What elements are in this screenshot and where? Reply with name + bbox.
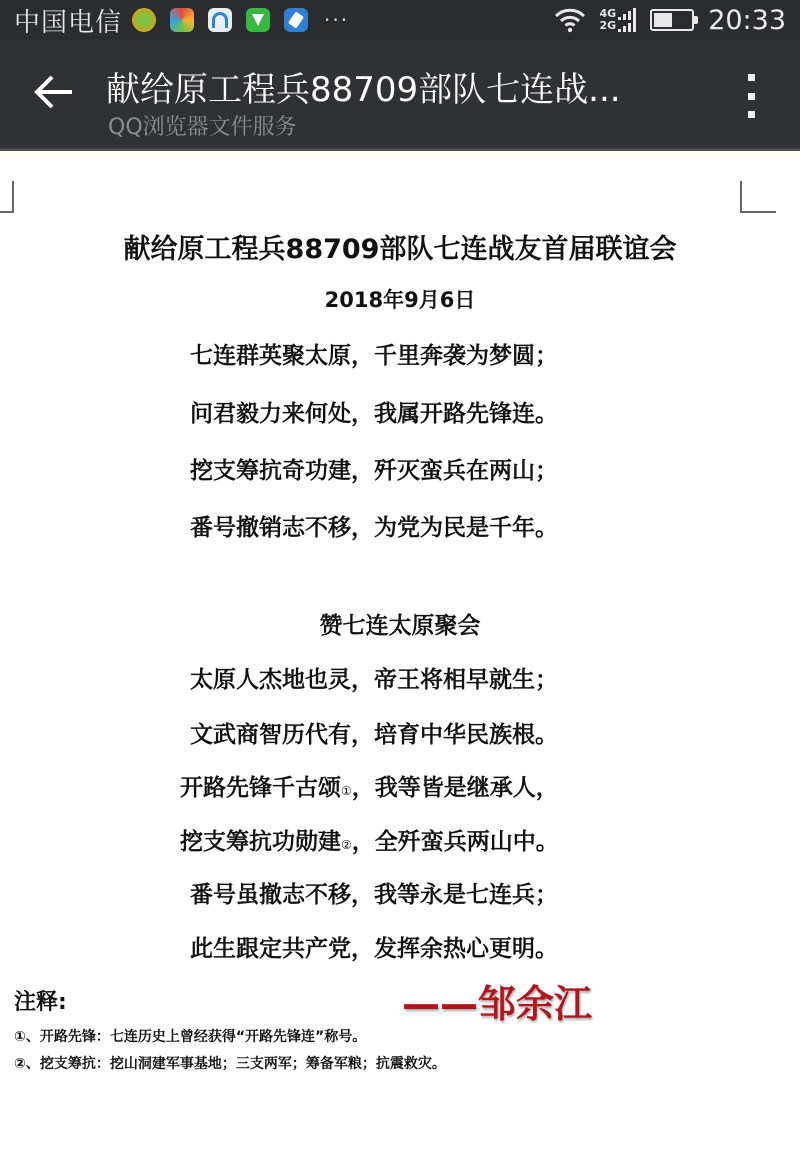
security-app-icon <box>132 8 156 32</box>
poem-line: 开路先锋千古颂①，我等皆是继承人， <box>180 769 559 802</box>
page-top-edge <box>0 151 800 157</box>
poem-line: 挖支筹抗功勋建②，全歼蛮兵两山中。 <box>180 823 559 856</box>
poem-line: 挖支筹抗奇功建，歼灭蛮兵在两山； <box>190 452 558 485</box>
qq-browser-icon <box>208 8 232 32</box>
notification-icons: ··· <box>132 8 349 32</box>
carrier-name: 中国电信 <box>14 2 122 39</box>
poem-line: 文武商智历代有，培育中华民族根。 <box>190 716 558 749</box>
poem-line-part: 开路先锋千古颂 <box>180 775 341 801</box>
poem-line: 此生跟定共产党，发挥余热心更明。 <box>190 930 558 963</box>
app-bar: 献给原工程兵88709部队七连战... QQ浏览器文件服务 <box>0 40 800 151</box>
cleaner-app-icon <box>284 8 308 32</box>
overflow-menu-icon[interactable] <box>746 74 756 118</box>
poem-line: 问君毅力来何处，我属开路先锋连。 <box>190 395 558 428</box>
author-signature: ——邹余江 <box>402 973 592 1028</box>
wifi-icon <box>554 7 586 33</box>
back-arrow-icon[interactable] <box>32 70 76 114</box>
status-bar: 中国电信 ··· 4G 2G 20:33 <box>0 0 800 40</box>
network-2g-label: 2G <box>600 20 617 32</box>
poem-heading: 献给原工程兵88709部队七连战友首届联谊会 <box>0 227 800 266</box>
poem-line-part: ，全歼蛮兵两山中。 <box>352 829 559 855</box>
app-subtitle: QQ浏览器文件服务 <box>108 110 297 141</box>
second-poem-title: 赞七连太原聚会 <box>0 607 800 640</box>
poem-line-part: ，我等皆是继承人， <box>352 775 559 801</box>
poem-date: 2018年9月6日 <box>0 284 800 314</box>
battery-icon <box>650 9 694 31</box>
cellular-signal-icon: 4G 2G <box>600 8 637 32</box>
browser-app-icon <box>170 8 194 32</box>
page-margin-corner-left <box>0 181 14 213</box>
clock: 20:33 <box>708 5 786 36</box>
poem-line: 七连群英聚太原，千里奔袭为梦圆； <box>190 337 558 370</box>
footnote: ①、开路先锋：七连历史上曾经获得“开路先锋连”称号。 <box>14 1026 366 1046</box>
poem-line: 太原人杰地也灵，帝王将相早就生； <box>190 661 558 694</box>
document-page: 献给原工程兵88709部队七连战友首届联谊会 2018年9月6日 七连群英聚太原… <box>0 151 800 1160</box>
notes-label: 注释: <box>14 985 67 1016</box>
status-indicators: 4G 2G 20:33 <box>554 0 787 40</box>
more-notifications-icon: ··· <box>324 8 349 32</box>
page-margin-corner-right <box>740 181 776 213</box>
poem-line: 番号撤销志不移，为党为民是千年。 <box>190 509 558 542</box>
footnote-marker: ② <box>341 838 352 852</box>
footnote: ②、挖支筹抗：挖山洞建军事基地；三支两军；筹备军粮；抗震救灾。 <box>14 1053 446 1073</box>
poem-line-part: 挖支筹抗功勋建 <box>180 829 341 855</box>
footnote-marker: ① <box>341 784 352 798</box>
green-app-icon <box>246 8 270 32</box>
document-title: 献给原工程兵88709部队七连战... <box>106 62 621 111</box>
poem-line: 番号虽撤志不移，我等永是七连兵； <box>190 876 558 909</box>
